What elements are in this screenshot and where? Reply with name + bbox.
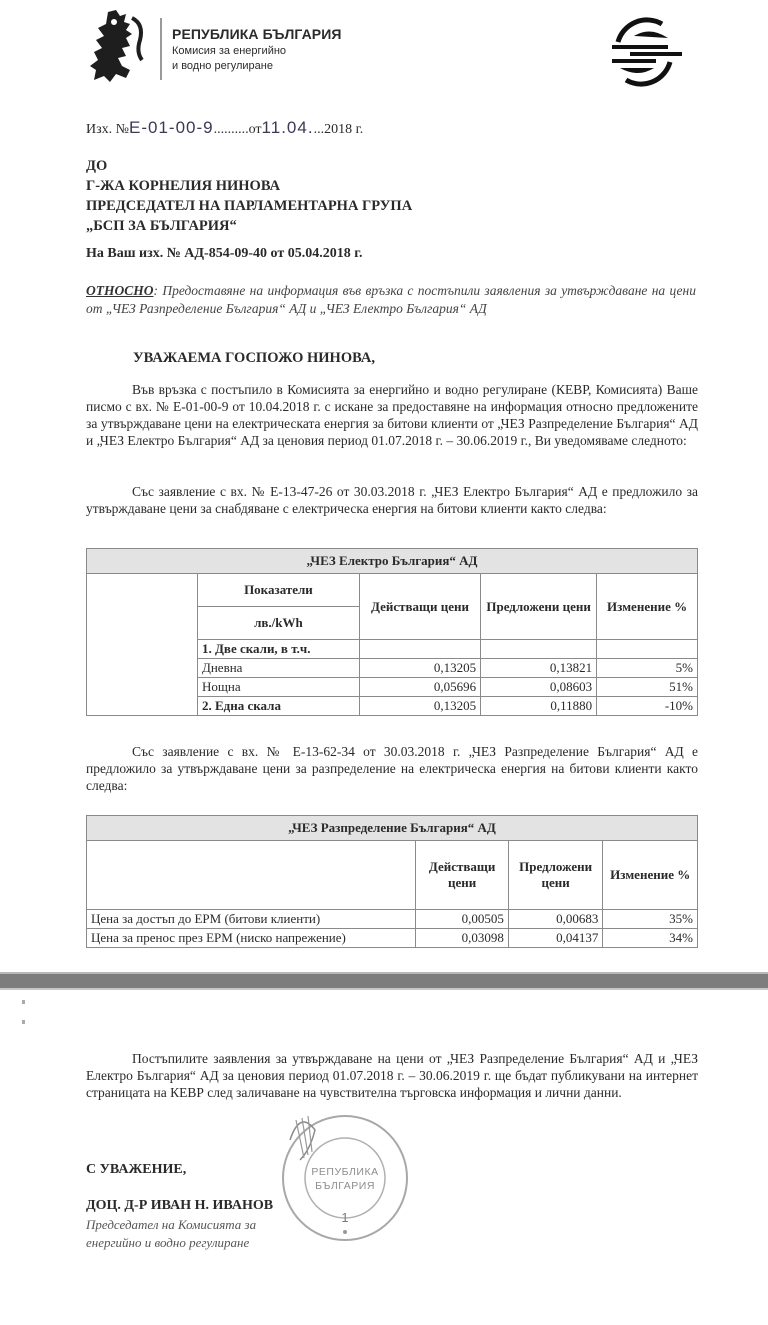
ref-date-prefix: от — [249, 122, 262, 137]
page-cutoff — [0, 950, 768, 970]
table-caption: „ЧЕЗ Разпределение България“ АД — [87, 816, 698, 841]
scan-mark — [22, 1020, 25, 1024]
row-current: 0,00505 — [416, 910, 508, 929]
ref-prefix: Изх. № — [86, 122, 129, 137]
row-proposed: 0,11880 — [481, 697, 597, 716]
scan-mark — [22, 1000, 25, 1004]
header-current: Действащи цени — [416, 841, 508, 910]
row-proposed: 0,04137 — [508, 929, 603, 948]
paragraph-publication: Постъпилите заявления за утвърждаване на… — [86, 1050, 698, 1101]
ref-date-handwritten: 11.04. — [262, 118, 314, 137]
header-indicator: Показатели — [197, 574, 359, 607]
row-label: Нощна — [197, 678, 359, 697]
header-change: Изменение % — [603, 841, 698, 910]
stamp-text: РЕПУБЛИКА БЪЛГАРИЯ — [300, 1165, 390, 1193]
signer-name: ДОЦ. Д-Р ИВАН Н. ИВАНОВ — [86, 1198, 273, 1214]
row-change: -10% — [597, 697, 698, 716]
addressee-position: ПРЕДСЕДАТЕЛ НА ПАРЛАМЕНТАРНА ГРУПА — [86, 196, 412, 216]
row-current — [359, 640, 480, 659]
addressee-block: ДО Г-ЖА КОРНЕЛИЯ НИНОВА ПРЕДСЕДАТЕЛ НА П… — [86, 156, 412, 236]
distribution-prices-table: „ЧЕЗ Разпределение България“ АД Действащ… — [86, 815, 698, 948]
page-separator — [0, 972, 768, 990]
table-row: Цена за пренос през ЕРМ (ниско напрежени… — [87, 929, 698, 948]
addressee-name: Г-ЖА КОРНЕЛИЯ НИНОВА — [86, 176, 412, 196]
signer-title: Председател на Комисията за енергийно и … — [86, 1216, 256, 1252]
row-change: 34% — [603, 929, 698, 948]
signer-title-line-1: Председател на Комисията за — [86, 1216, 256, 1234]
ref-year: 2018 г. — [324, 122, 363, 137]
header-change: Изменение % — [597, 574, 698, 640]
stamp-line-2: БЪЛГАРИЯ — [300, 1179, 390, 1193]
subject-block: ОТНОСНО: Предоставяне на информация във … — [86, 282, 696, 318]
header-proposed: Предложени цени — [481, 574, 597, 640]
ref-number-handwritten: Е-01-00-9 — [129, 118, 214, 137]
table-row: Цена за достъп до ЕРМ (битови клиенти) 0… — [87, 910, 698, 929]
electro-prices-table: „ЧЕЗ Електро България“ АД Показатели Дей… — [86, 548, 698, 716]
row-label: Цена за достъп до ЕРМ (битови клиенти) — [87, 910, 416, 929]
outgoing-reference: Изх. №Е-01-00-9..........от11.04....2018… — [86, 118, 363, 138]
row-label: Цена за пренос през ЕРМ (ниско напрежени… — [87, 929, 416, 948]
row-current: 0,13205 — [359, 697, 480, 716]
letterhead-divider — [160, 18, 162, 80]
header-proposed: Предложени цени — [508, 841, 603, 910]
row-current: 0,05696 — [359, 678, 480, 697]
kevr-logo-icon — [604, 12, 684, 92]
row-label: Дневна — [197, 659, 359, 678]
addressee-group: „БСП ЗА БЪЛГАРИЯ“ — [86, 216, 412, 236]
addressee-to: ДО — [86, 156, 412, 176]
row-label: 1. Две скали, в т.ч. — [197, 640, 359, 659]
subject-label: ОТНОСНО — [86, 283, 154, 298]
row-change: 35% — [603, 910, 698, 929]
stamp-line-1: РЕПУБЛИКА — [300, 1165, 390, 1179]
paragraph-distribution: Със заявление с вх. № Е-13-62-34 от 30.0… — [86, 743, 698, 794]
row-proposed: 0,13821 — [481, 659, 597, 678]
header-unit: лв./kWh — [197, 607, 359, 640]
row-proposed: 0,00683 — [508, 910, 603, 929]
row-change: 51% — [597, 678, 698, 697]
closing-regards: С УВАЖЕНИЕ, — [86, 1162, 186, 1178]
stamp-number: 1 — [300, 1210, 390, 1225]
subject-text: : Предоставяне на информация във връзка … — [86, 283, 696, 316]
row-proposed: 0,08603 — [481, 678, 597, 697]
row-current: 0,13205 — [359, 659, 480, 678]
row-change — [597, 640, 698, 659]
signer-title-line-2: енергийно и водно регулиране — [86, 1234, 256, 1252]
paragraph-intro: Във връзка с постъпило в Комисията за ен… — [86, 381, 698, 449]
row-change: 5% — [597, 659, 698, 678]
your-reference: На Ваш изх. № АД-854-09-40 от 05.04.2018… — [86, 246, 363, 262]
table-caption: „ЧЕЗ Електро България“ АД — [87, 549, 698, 574]
paragraph-electro: Със заявление с вх. № Е-13-47-26 от 30.0… — [86, 483, 698, 517]
greeting: УВАЖАЕМА ГОСПОЖО НИНОВА, — [133, 350, 375, 367]
lion-coat-of-arms-icon — [86, 8, 148, 86]
table-blank-header — [87, 841, 416, 910]
header-current: Действащи цени — [359, 574, 480, 640]
row-label: 2. Една скала — [197, 697, 359, 716]
table-blank-column — [87, 574, 198, 716]
row-proposed — [481, 640, 597, 659]
row-current: 0,03098 — [416, 929, 508, 948]
